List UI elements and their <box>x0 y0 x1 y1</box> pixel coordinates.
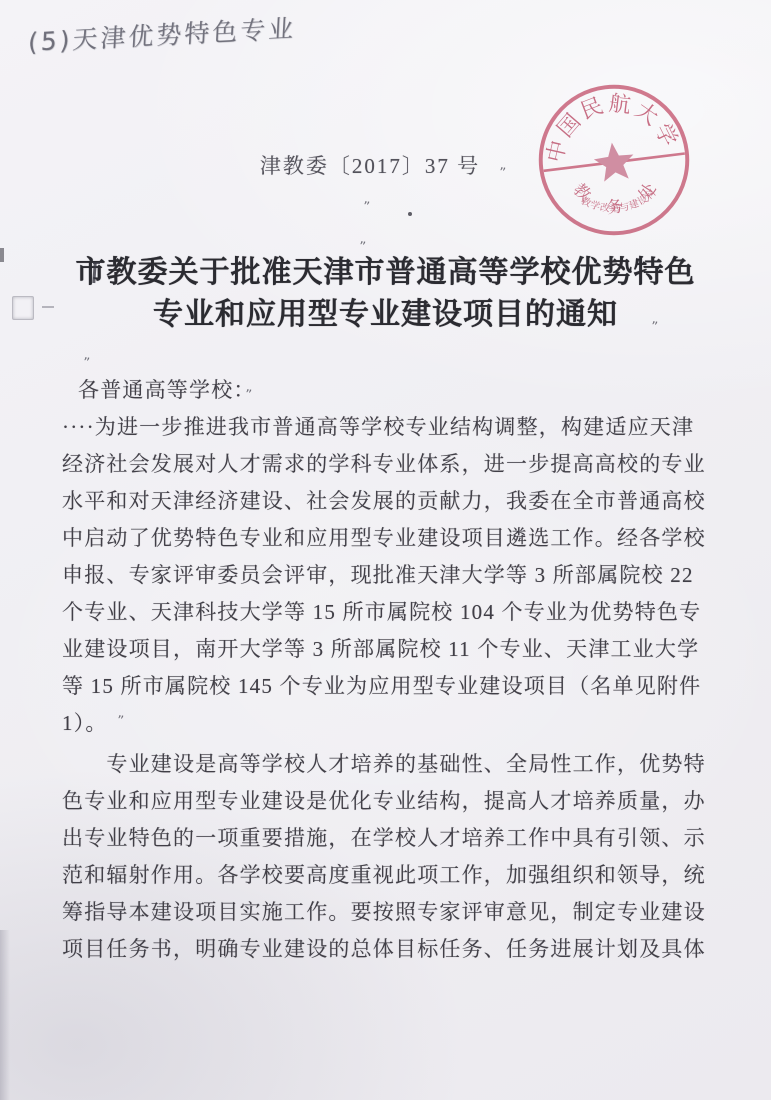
body-line: 筹指导本建设项目实施工作。要按照专家评审意见，制定专业建设 <box>62 894 714 931</box>
body-line: 色专业和应用型专业建设是优化专业结构，提高人才培养质量，办 <box>62 783 714 820</box>
body-line: ····为进一步推进我市普通高等学校专业结构调整，构建适应天津 <box>62 409 714 446</box>
document-body: 各普通高等学校： ····为进一步推进我市普通高等学校专业结构调整，构建适应天津… <box>62 372 714 968</box>
body-line: 范和辐射作用。各学校要高度重视此项工作，加强组织和领导，统 <box>62 857 714 894</box>
scan-mark: „ <box>83 348 92 364</box>
body-line: 业建设项目，南开大学等 3 所部属院校 11 个专业、天津工业大学 <box>62 631 714 668</box>
body-line: 等 15 所市属院校 145 个专业为应用型专业建设项目（名单见附件 <box>62 668 714 705</box>
body-line: 出专业特色的一项重要措施，在学校人才培养工作中具有引领、示 <box>62 820 714 857</box>
body-line: 申报、专家评审委员会评审，现批准天津大学等 3 所部属院校 22 <box>62 557 714 594</box>
scan-speck <box>408 212 412 216</box>
scan-speck <box>93 262 100 264</box>
title-line-1: 市教委关于批准天津市普通高等学校优势特色 <box>0 252 771 294</box>
body-line: 个专业、天津科技大学等 15 所市属院校 104 个专业为优势特色专 <box>62 594 714 631</box>
scanned-document-page: (5)天津优势特色专业 津教委〔2017〕37 号 中国民航大学 教 务 处 教… <box>0 0 771 1100</box>
salutation-line: 各普通高等学校： <box>62 372 714 409</box>
body-line: 项目任务书，明确专业建设的总体目标任务、任务进展计划及具体 <box>62 931 714 968</box>
body-line: 经济社会发展对人才需求的学科专业体系，进一步提高高校的专业 <box>62 446 714 483</box>
red-circular-seal: 中国民航大学 教 务 处 教学改革与建设科 <box>532 78 696 242</box>
scan-mark: „ <box>363 192 372 208</box>
body-line: 1）。 <box>62 705 714 742</box>
scan-speck <box>0 248 4 262</box>
handwritten-annotation: (5)天津优势特色专业 <box>27 9 289 59</box>
scan-edge-shadow <box>0 930 10 1100</box>
ghost-stamp-mark <box>12 296 34 320</box>
body-line: 中启动了优势特色专业和应用型专业建设项目遴选工作。经各学校 <box>62 520 714 557</box>
body-line: 专业建设是高等学校人才培养的基础性、全局性工作，优势特 <box>62 746 714 783</box>
scan-mark: „ <box>359 232 368 248</box>
body-line: 水平和对天津经济建设、社会发展的贡献力，我委在全市普通高校 <box>62 483 714 520</box>
ghost-dash-mark <box>42 306 54 308</box>
